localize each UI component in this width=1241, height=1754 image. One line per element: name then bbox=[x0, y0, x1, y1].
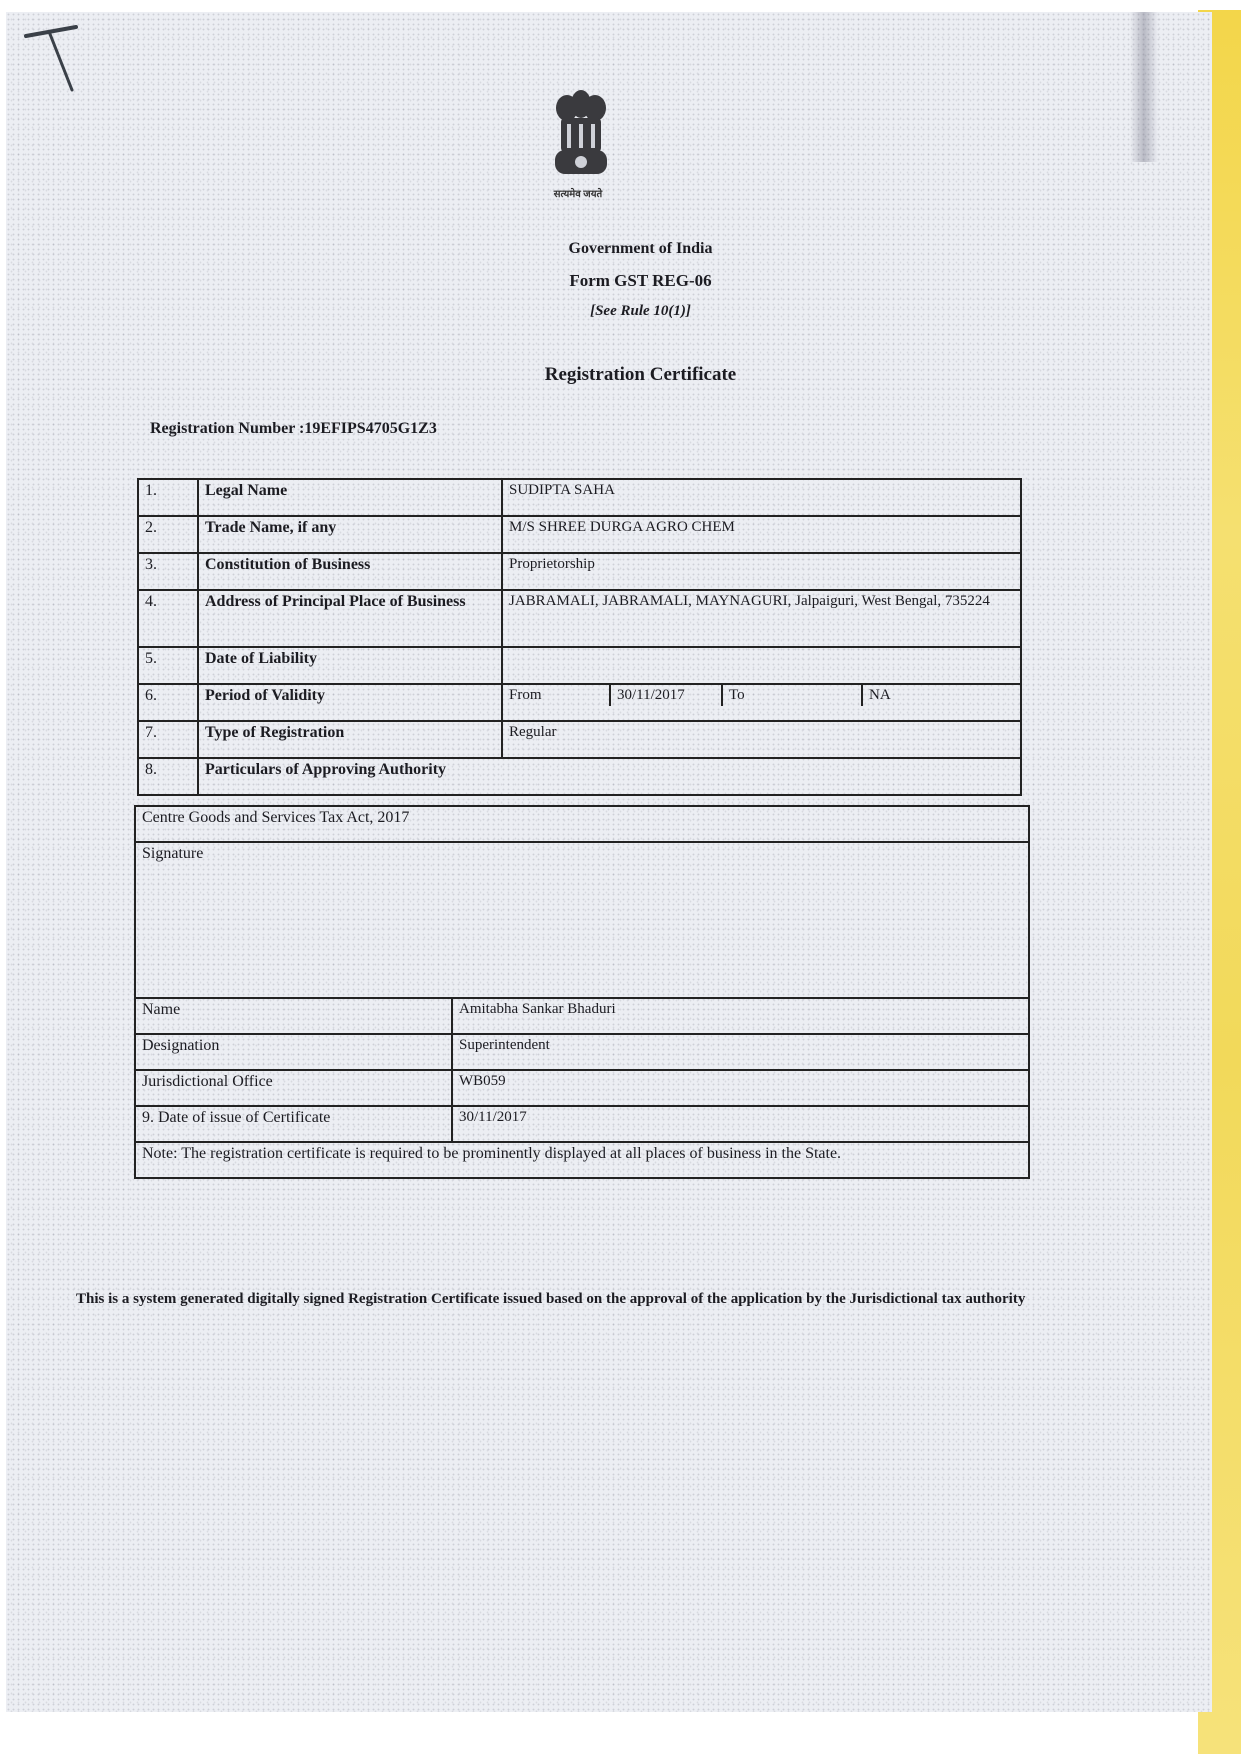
legal-name-value: SUDIPTA SAHA bbox=[502, 479, 1021, 516]
row-number: 1. bbox=[138, 479, 198, 516]
table-row: Note: The registration certificate is re… bbox=[135, 1142, 1029, 1178]
validity-to-label: To bbox=[723, 685, 863, 706]
approving-authority-table: Centre Goods and Services Tax Act, 2017 … bbox=[134, 805, 1030, 1179]
row-number: 3. bbox=[138, 553, 198, 590]
designation-value: Superintendent bbox=[452, 1034, 1029, 1070]
officer-name-label: Name bbox=[135, 998, 452, 1034]
validity-to-value: NA bbox=[863, 685, 1020, 706]
table-row: 3. Constitution of Business Proprietorsh… bbox=[138, 553, 1021, 590]
registration-number: Registration Number :19EFIPS4705G1Z3 bbox=[150, 420, 437, 438]
registration-type-value: Regular bbox=[502, 721, 1021, 758]
validity-from-label: From bbox=[503, 685, 611, 706]
table-row: Designation Superintendent bbox=[135, 1034, 1029, 1070]
issuer-heading: Government of India bbox=[0, 240, 1241, 258]
date-of-liability-value bbox=[502, 647, 1021, 684]
designation-label: Designation bbox=[135, 1034, 452, 1070]
registration-details-table: 1. Legal Name SUDIPTA SAHA 2. Trade Name… bbox=[137, 478, 1022, 796]
table-row: 1. Legal Name SUDIPTA SAHA bbox=[138, 479, 1021, 516]
trade-name-value: M/S SHREE DURGA AGRO CHEM bbox=[502, 516, 1021, 553]
page-title: Registration Certificate bbox=[0, 364, 1241, 386]
table-row: Jurisdictional Office WB059 bbox=[135, 1070, 1029, 1106]
row-label: Period of Validity bbox=[198, 684, 502, 721]
table-row: Signature bbox=[135, 842, 1029, 998]
row-label: Legal Name bbox=[198, 479, 502, 516]
registration-number-value: 19EFIPS4705G1Z3 bbox=[304, 420, 436, 437]
scan-shadow bbox=[1130, 12, 1158, 162]
act-name: Centre Goods and Services Tax Act, 2017 bbox=[135, 806, 1029, 842]
table-row: 5. Date of Liability bbox=[138, 647, 1021, 684]
row-number: 8. bbox=[138, 758, 198, 795]
ashoka-emblem-icon bbox=[545, 88, 617, 184]
issue-date-label: 9. Date of issue of Certificate bbox=[135, 1106, 452, 1142]
table-row: Name Amitabha Sankar Bhaduri bbox=[135, 998, 1029, 1034]
officer-name-value: Amitabha Sankar Bhaduri bbox=[452, 998, 1029, 1034]
jurisdictional-office-label: Jurisdictional Office bbox=[135, 1070, 452, 1106]
pen-mark-icon bbox=[20, 14, 80, 94]
row-label: Particulars of Approving Authority bbox=[198, 758, 1021, 795]
emblem-motto: सत्यमेव जयते bbox=[528, 186, 628, 200]
table-row: 6. Period of Validity From 30/11/2017 To… bbox=[138, 684, 1021, 721]
constitution-value: Proprietorship bbox=[502, 553, 1021, 590]
row-label: Type of Registration bbox=[198, 721, 502, 758]
validity-from-value: 30/11/2017 bbox=[611, 685, 723, 706]
registration-number-label: Registration Number : bbox=[150, 420, 304, 437]
table-row: Centre Goods and Services Tax Act, 2017 bbox=[135, 806, 1029, 842]
system-generated-note: This is a system generated digitally sig… bbox=[76, 1284, 1086, 1314]
display-note: Note: The registration certificate is re… bbox=[135, 1142, 1029, 1178]
row-label: Trade Name, if any bbox=[198, 516, 502, 553]
row-label: Date of Liability bbox=[198, 647, 502, 684]
row-number: 2. bbox=[138, 516, 198, 553]
row-number: 6. bbox=[138, 684, 198, 721]
table-row: 2. Trade Name, if any M/S SHREE DURGA AG… bbox=[138, 516, 1021, 553]
row-number: 4. bbox=[138, 590, 198, 647]
row-label: Constitution of Business bbox=[198, 553, 502, 590]
table-row: 7. Type of Registration Regular bbox=[138, 721, 1021, 758]
table-row: 8. Particulars of Approving Authority bbox=[138, 758, 1021, 795]
address-value: JABRAMALI, JABRAMALI, MAYNAGURI, Jalpaig… bbox=[502, 590, 1021, 647]
table-row: 4. Address of Principal Place of Busines… bbox=[138, 590, 1021, 647]
jurisdictional-office-value: WB059 bbox=[452, 1070, 1029, 1106]
validity-cell: From 30/11/2017 To NA bbox=[502, 684, 1021, 721]
row-number: 7. bbox=[138, 721, 198, 758]
table-row: 9. Date of issue of Certificate 30/11/20… bbox=[135, 1106, 1029, 1142]
row-label: Address of Principal Place of Business bbox=[198, 590, 502, 647]
rule-reference: [See Rule 10(1)] bbox=[0, 303, 1241, 320]
form-heading: Form GST REG-06 bbox=[0, 271, 1241, 291]
issue-date-value: 30/11/2017 bbox=[452, 1106, 1029, 1142]
validity-period: From 30/11/2017 To NA bbox=[503, 685, 1020, 706]
row-number: 5. bbox=[138, 647, 198, 684]
signature-box: Signature bbox=[135, 842, 1029, 998]
